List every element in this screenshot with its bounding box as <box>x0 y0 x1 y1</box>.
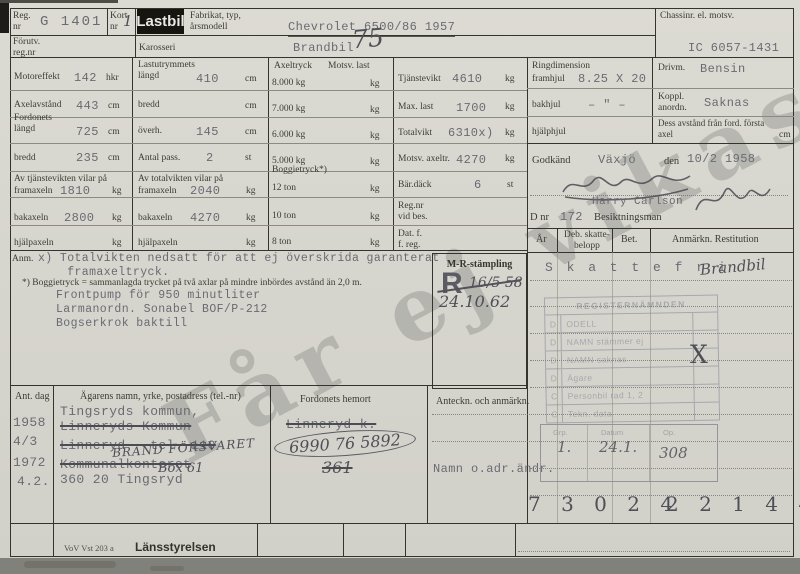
dim-unit: cm <box>108 153 120 164</box>
grp-value: 1. <box>557 438 571 456</box>
stamp-divider <box>649 425 650 481</box>
grid-line <box>132 57 133 250</box>
owner-address-current: 360 20 Tingsryd <box>60 472 183 488</box>
owner-name-struck: Linneryds Kommun <box>60 419 191 435</box>
registry-stamp-row: C Tekn. data <box>547 401 719 422</box>
registry-stamp-row: C Personbil rad 1, 2 <box>546 383 718 404</box>
grid-line <box>793 8 794 556</box>
grid-line <box>393 57 394 250</box>
grid-line <box>53 523 54 556</box>
stamp-row-key: D <box>545 315 561 332</box>
stamp-row-label: Tekn. data <box>563 406 694 418</box>
grid-line <box>515 523 516 556</box>
grid-line <box>10 8 794 9</box>
dim-label: bredd <box>14 153 36 164</box>
entry-date: 4.2. <box>17 474 50 490</box>
scan-bottom-band <box>0 558 800 574</box>
pressure-unit: kg <box>370 79 380 90</box>
stamp-check-mark: X <box>690 340 708 369</box>
owner-col-date: Ant. dag <box>15 391 49 403</box>
weight-label: Totalvikt <box>398 128 432 139</box>
grid-line <box>527 143 794 144</box>
grp-label: Grp. <box>553 428 568 437</box>
grid-line <box>650 228 651 252</box>
axle-label: bakaxeln <box>14 213 48 224</box>
axle-label: bakaxeln <box>138 213 172 224</box>
tax-col-note: Anmärkn. Restitution <box>672 234 759 246</box>
axle-value: 4270 <box>190 211 220 226</box>
stamp-row-label: NAMN saknas <box>562 352 693 364</box>
signature-stroke <box>696 189 770 210</box>
kort-nr-value: 1 <box>123 12 133 30</box>
inspector-title: Besiktningsman <box>594 212 662 225</box>
distance-unit: cm <box>779 130 791 141</box>
weight-unit: st <box>507 180 513 191</box>
grid-line <box>257 523 258 556</box>
dim-value: 235 <box>76 151 99 166</box>
ringdimension-label: Ringdimension <box>532 61 590 72</box>
hemort-number-struck: 361 <box>322 458 353 477</box>
datum-value: 24.1. <box>599 438 637 456</box>
entry-date: 1958 <box>13 415 46 431</box>
axle-unit: kg <box>246 186 256 197</box>
weight-unit: kg <box>505 154 515 165</box>
grid-line <box>405 523 406 556</box>
weight-unit: kg <box>505 128 515 139</box>
weight-value: 4610 <box>452 72 482 87</box>
drivm-label: Drivm. <box>658 63 685 74</box>
ledger-dotted-line <box>530 280 792 281</box>
grid-line <box>10 143 527 144</box>
koppl-value: Saknas <box>704 96 750 111</box>
boggie-unit: kg <box>370 184 380 195</box>
axle-value: 2040 <box>190 184 220 199</box>
pressure-label: 6.000 kg <box>272 130 305 141</box>
boggie-label: 10 ton <box>272 211 296 222</box>
karosseri-hand-note: 75 <box>351 23 385 55</box>
stamp-row-label: NAMN stämmer ej <box>562 334 693 346</box>
scanned-registration-card: Får ej vikas <box>0 0 800 574</box>
weight-label: Dat. f. f. reg. <box>398 229 422 252</box>
pressure-unit: kg <box>370 131 380 142</box>
dim-value: 142 <box>74 71 97 86</box>
grid-line <box>10 57 794 58</box>
stamp-row-checkbox <box>694 402 719 419</box>
entry-date: 1972 <box>13 455 46 471</box>
reg-nr-value: G 1401 <box>40 14 102 32</box>
cargo-label: överh. <box>138 126 162 137</box>
axle-unit: kg <box>112 186 122 197</box>
owner-name-current: Tingsryds kommun, <box>60 404 199 420</box>
dim-value: 725 <box>76 125 99 140</box>
aux-wheel-label: hjälphjul <box>532 127 566 138</box>
anm-printed-note: *) Boggietryck = sammanlagda trycket på … <box>22 278 362 289</box>
chassi-value: IC 6057-1431 <box>688 41 779 56</box>
stamp-divider <box>587 425 588 481</box>
anm-equipment-line: Bogserkrok baktill <box>56 317 187 331</box>
pressure-unit: kg <box>370 105 380 116</box>
stamp-row-key: D <box>546 369 562 386</box>
cargo-unit: st <box>245 153 251 164</box>
weight-label: Motsv. axeltr. <box>398 154 450 165</box>
stamp-row-key: C <box>547 405 563 422</box>
op-label: Op. <box>663 428 675 437</box>
stamp-row-checkbox <box>692 313 717 330</box>
pressure-unit: kg <box>370 157 380 168</box>
dim-unit: cm <box>108 127 120 138</box>
operator-stamp-box: Grp. Datum Op. 1. 24.1. 308 <box>540 424 718 482</box>
weight-label: Bär.däck <box>398 180 432 191</box>
front-wheel-label: framhjul <box>532 74 565 85</box>
rear-wheel-value: – " – <box>588 98 626 113</box>
axle-unit: kg <box>112 213 122 224</box>
axle-label: hjälpaxeln <box>14 238 54 249</box>
cargo-unit: cm <box>245 74 257 85</box>
cargo-value: 145 <box>196 125 219 140</box>
weight-unit: kg <box>505 102 515 113</box>
boggie-label: 8 ton <box>272 237 291 248</box>
entry-date: 4/3 <box>13 434 38 450</box>
grid-line <box>343 523 344 556</box>
code-digits-left: 7 3 0 2 4 <box>528 492 680 516</box>
motsv-last-header: Motsv. last <box>328 61 370 72</box>
grid-line <box>427 385 428 523</box>
drivm-value: Bensin <box>700 62 746 77</box>
stamp-row-key: C <box>546 387 562 404</box>
grid-line <box>10 90 527 91</box>
code-digits-right: 2 2 1 4 4 <box>666 492 800 516</box>
owner-col-owner: Ägarens namn, yrke, postadress (tel.-nr) <box>80 391 241 403</box>
weight-label: Max. last <box>398 102 433 113</box>
cargo-value: 2 <box>206 151 214 166</box>
stamp-row-key: D <box>546 333 562 350</box>
dim-unit: hkr <box>106 73 119 84</box>
cargo-label: Lastutrymmets längd <box>138 60 195 83</box>
dnr-label: D nr <box>530 212 549 225</box>
cargo-value: 410 <box>196 72 219 87</box>
grid-line <box>107 8 108 35</box>
tax-col-year: År <box>536 234 547 246</box>
owner-col-note: Anteckn. och anmärkn. <box>436 396 529 408</box>
godkand-label: Godkänd <box>532 155 571 168</box>
owner-col-hemort: Fordonets hemort <box>300 394 371 406</box>
pressure-label: 7.000 kg <box>272 104 305 115</box>
cargo-label: Antal pass. <box>138 153 180 164</box>
anm-typed-note: x) Totalvikten nedsatt för att ej översk… <box>38 252 440 281</box>
chassi-label: Chassinr. el. motsv. <box>660 11 734 22</box>
mr-date-2: 24.10.62 <box>439 292 510 311</box>
pressure-label: 8.000 kg <box>272 78 305 89</box>
grid-line <box>655 8 656 57</box>
grid-line <box>557 228 558 252</box>
axle-unit: kg <box>112 238 122 249</box>
signature-stroke <box>563 176 690 192</box>
weight-unit: kg <box>505 74 515 85</box>
anm-equipment-line: Larmanordn. Sonabel BOF/P-212 <box>56 303 268 317</box>
weight-label: Tjänstevikt <box>398 74 441 85</box>
scan-artifact <box>0 0 118 3</box>
boggie-label: 12 ton <box>272 183 296 194</box>
axle-label: hjälpaxeln <box>138 238 178 249</box>
grid-line <box>10 523 794 524</box>
stamp-row-label: Personbil rad 1, 2 <box>563 388 694 400</box>
tax-col-amount: Deb. skatte- belopp <box>564 230 610 253</box>
grid-line <box>527 57 528 523</box>
axle-label: framaxeln <box>14 186 53 197</box>
grid-line <box>10 171 527 172</box>
weight-value: 6 <box>474 178 482 193</box>
signature-initials <box>692 178 774 220</box>
rear-wheel-label: bakhjul <box>532 100 561 111</box>
form-number: VoV Vst 203 a <box>64 543 114 553</box>
den-label: den <box>664 156 679 169</box>
front-wheel-value: 8.25 X 20 <box>578 72 646 87</box>
address-change-note: Namn o.adr.ändr. <box>433 462 555 477</box>
axeltryck-header: Axeltryck <box>274 61 312 72</box>
scan-artifact <box>150 566 184 571</box>
axle-value: 2800 <box>64 211 94 226</box>
karosseri-value: Brandbil <box>293 41 354 56</box>
forutv-reg-label: Förutv. reg.nr <box>13 37 40 60</box>
grid-line <box>53 385 54 523</box>
vehicle-type-badge: Lastbil <box>137 9 184 34</box>
grid-line <box>527 88 794 89</box>
grid-line <box>268 57 269 250</box>
stamp-row-label: ODELL <box>561 316 692 328</box>
boggie-header: Boggietryck*) <box>272 165 327 176</box>
cargo-unit: cm <box>245 101 257 112</box>
mr-stamp-box: M-R-stämpling R 16/5 58 24.10.62 <box>432 253 527 389</box>
grid-line <box>612 228 613 252</box>
dnr-value: 172 <box>560 210 583 225</box>
approval-place: Växjö <box>598 153 636 168</box>
weight-value: 6310x) <box>448 126 494 141</box>
registry-stamp-row: D ODELL <box>545 312 717 333</box>
fabrikat-label: Fabrikat, typ, årsmodell <box>190 11 241 34</box>
cargo-unit: cm <box>245 127 257 138</box>
stamp-row-checkbox <box>693 384 718 401</box>
paper-background: Får ej vikas <box>0 0 800 558</box>
axle-unit: kg <box>246 238 256 249</box>
karosseri-label: Karosseri <box>139 43 175 54</box>
dim-label: Axelavstånd <box>14 100 62 111</box>
grid-line <box>10 117 527 118</box>
dim-unit: cm <box>108 101 120 112</box>
axle-label: framaxeln <box>138 186 177 197</box>
koppl-label: Koppl. anordn. <box>658 92 687 115</box>
grid-line <box>527 116 794 117</box>
stamp-row-key: D <box>546 351 562 368</box>
scan-artifact <box>24 561 116 568</box>
axle-value: 1810 <box>60 184 90 199</box>
dim-label: Fordonets längd <box>14 113 52 136</box>
weight-value: 4270 <box>456 153 486 168</box>
cargo-label: bredd <box>138 100 160 111</box>
approval-date: 10/2 1958 <box>687 152 755 167</box>
grid-line <box>652 57 653 143</box>
anm-equipment-line: Frontpump för 950 minutliter <box>56 289 260 303</box>
stamp-row-checkbox <box>693 366 718 383</box>
issuing-agency: Länsstyrelsen <box>135 540 216 554</box>
grid-line <box>270 385 271 523</box>
tax-col-paid: Bet. <box>621 234 637 246</box>
anm-label: Anm. <box>12 254 33 265</box>
stamp-row-label: Ägare <box>562 370 693 382</box>
weight-value: 1700 <box>456 101 486 116</box>
reg-nr-label: Reg. nr <box>13 11 31 34</box>
scan-artifact <box>0 3 9 33</box>
axle-unit: kg <box>246 213 256 224</box>
op-value: 308 <box>659 444 688 462</box>
datum-label: Datum <box>601 428 623 437</box>
boggie-unit: kg <box>370 238 380 249</box>
dim-label: Motoreffekt <box>14 72 60 83</box>
weight-label: Reg.nr vid bes. <box>398 201 428 224</box>
inspector-name: Harry Carlson <box>592 196 683 210</box>
footer-dotted-line <box>518 551 790 552</box>
distance-label: Dess avstånd från ford. första axel <box>658 118 764 140</box>
boggie-unit: kg <box>370 212 380 223</box>
dim-value: 443 <box>76 99 99 114</box>
tax-status-hand-note: Brandbil <box>699 255 766 279</box>
